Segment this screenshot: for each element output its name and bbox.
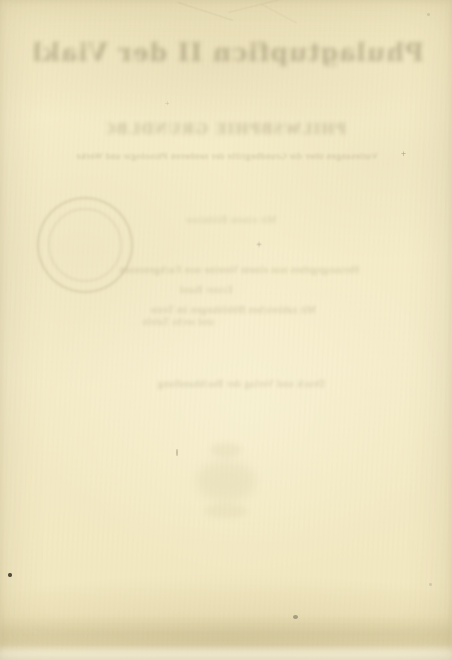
- edge-vignette: [0, 0, 452, 660]
- scanned-book-page: Phulagtupficn II der ViakbinlogvePHILWSB…: [0, 0, 452, 660]
